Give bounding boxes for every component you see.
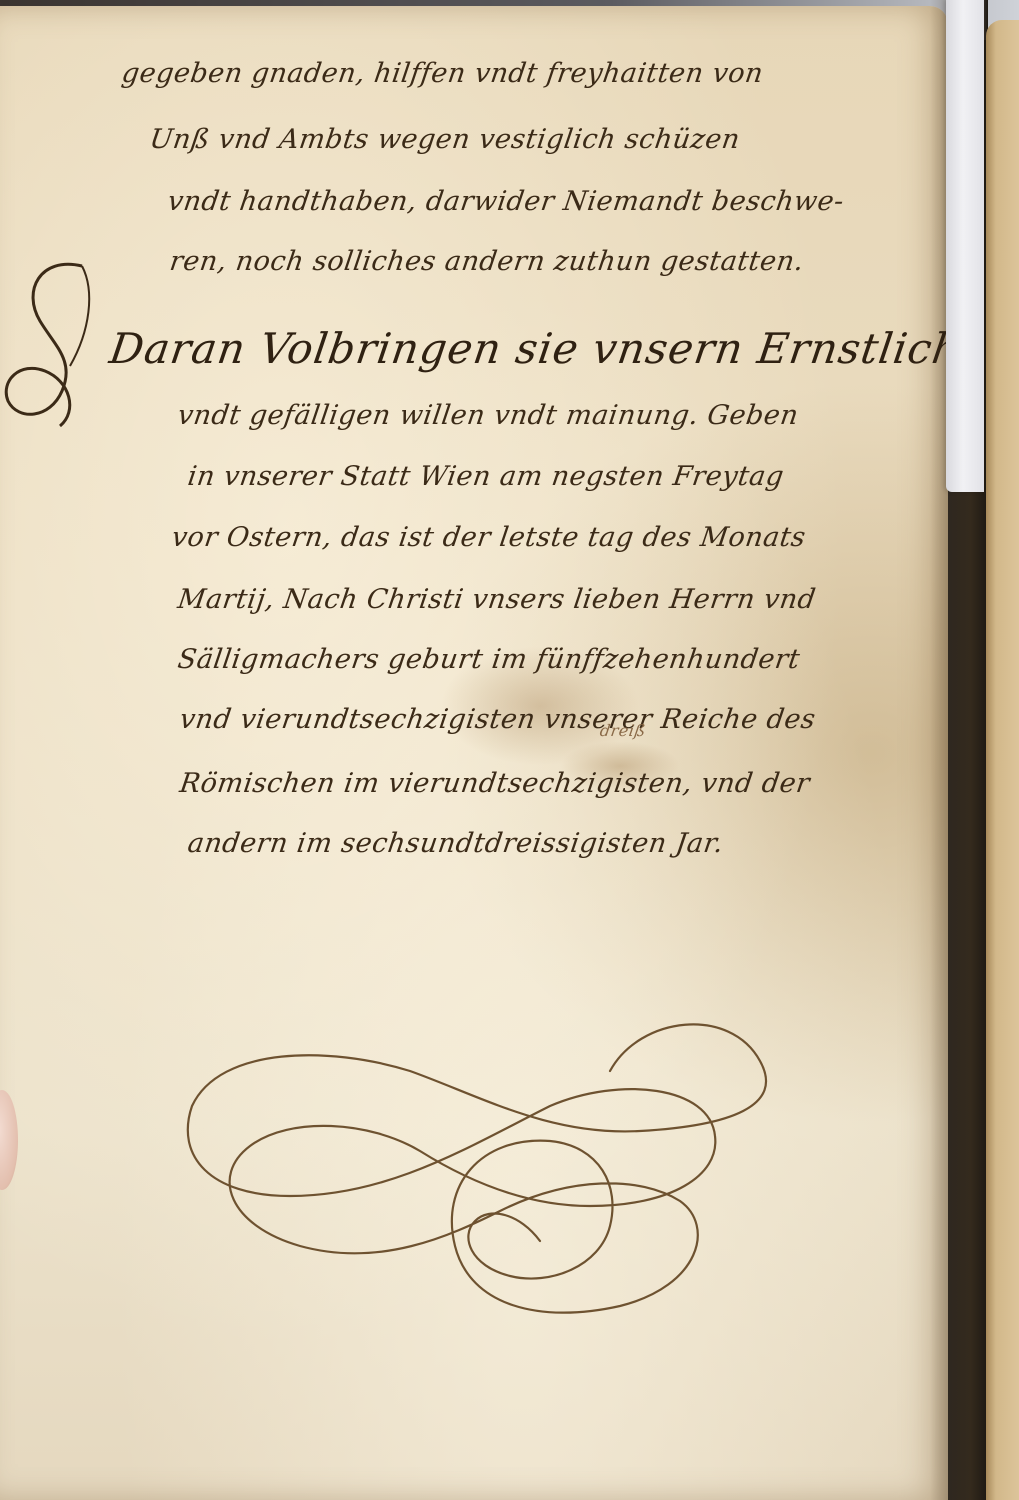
- text-line-4: ren, noch solliches andern zuthun gestat…: [168, 246, 806, 277]
- text-line-11: vnd vierundtsechzigisten vnserer Reiche …: [178, 704, 818, 735]
- calligraphic-flourish: [170, 986, 810, 1316]
- manuscript-page: gegeben gnaden, hilffen vndt freyhaitten…: [0, 6, 948, 1500]
- text-line-8: vor Ostern, das ist der letste tag des M…: [170, 522, 808, 553]
- facing-page-edge: [986, 20, 1019, 1500]
- text-line-12: Römischen im vierundtsechzigisten, vnd d…: [178, 768, 812, 799]
- text-line-3: vndt handthaben, darwider Niemandt besch…: [166, 186, 846, 217]
- text-line-10: Sälligmachers geburt im fünffzehenhunder…: [176, 644, 802, 675]
- paper-bookmark: [946, 0, 984, 492]
- text-line-2: Unß vnd Ambts wegen vestiglich schüzen: [148, 124, 742, 155]
- text-line-5: Daran Volbringen sie vnsern Ernstlich: [107, 324, 964, 373]
- text-line-13: andern im sechsundtdreissigisten Jar.: [186, 828, 726, 859]
- text-line-1: gegeben gnaden, hilffen vndt freyhaitten…: [120, 58, 765, 89]
- manuscript-text: gegeben gnaden, hilffen vndt freyhaitten…: [0, 6, 948, 906]
- text-line-7: in vnserer Statt Wien am negsten Freytag: [186, 461, 786, 492]
- interlinear-correction: dreiß: [599, 721, 647, 740]
- text-line-6: vndt gefälligen willen vndt mainung. Geb…: [176, 400, 801, 431]
- text-line-9: Martij, Nach Christi vnsers lieben Herrn…: [176, 584, 818, 615]
